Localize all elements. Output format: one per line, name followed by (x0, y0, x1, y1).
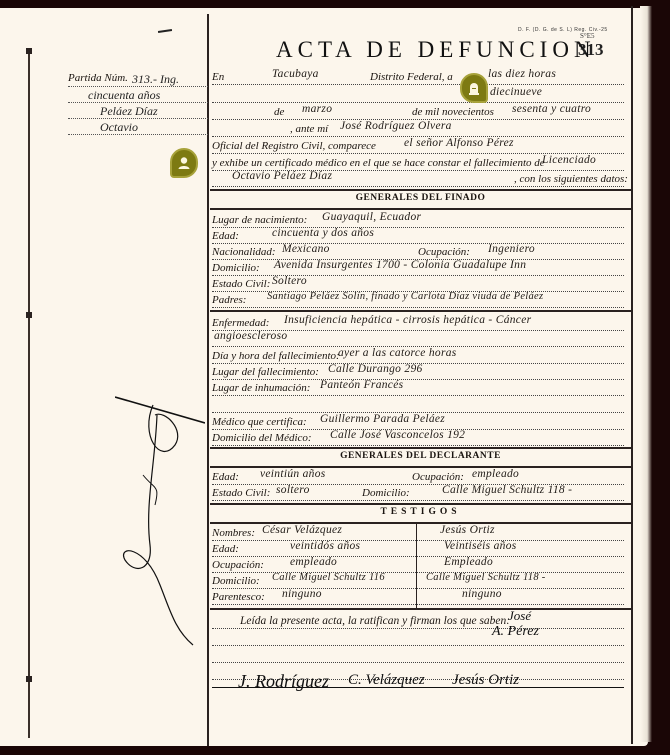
row-deceased: Octavio Peláez Díaz , con los siguientes… (212, 172, 624, 187)
value-witness2-ocupacion: Empleado (444, 555, 493, 569)
value-witness2-edad: Veintiséis años (444, 539, 517, 553)
label-oficial: Oficial del Registro Civil, comparece (212, 139, 376, 153)
value-lugar-fallecimiento: Calle Durango 296 (328, 362, 423, 376)
label-mil: de mil novecientos (412, 105, 494, 119)
signature-witness1: C. Velázquez (348, 672, 425, 689)
closing-statement: Leída la presente acta, la ratifican y f… (240, 614, 510, 628)
section-title-finado: GENERALES DEL FINADO (210, 193, 631, 203)
margin-rule-tick (26, 312, 32, 318)
value-witness1-ocupacion: empleado (290, 555, 337, 569)
label-testigos-edad: Edad: (212, 542, 239, 556)
label-enfermedad: Enfermedad: (212, 316, 269, 330)
partida-line: Peláez Díaz (100, 104, 158, 119)
value-witness2-nombre: Jesús Ortiz (440, 523, 495, 537)
section-rule (210, 447, 631, 449)
section-rule (210, 608, 631, 610)
value-ante: José Rodríguez Olvera (340, 119, 452, 133)
label-declarante-domicilio: Domicilio: (362, 486, 410, 500)
row-edad: Edad: cincuenta y dos años (212, 229, 624, 244)
row-month: de marzo de mil novecientos sesenta y cu… (212, 105, 624, 120)
signature-official: A. Pérez (492, 625, 539, 639)
row-blank (212, 398, 624, 413)
value-witness1-parentesco: ninguno (282, 587, 322, 601)
label-domicilio: Domicilio: (212, 261, 260, 275)
row-lugar-fallecimiento: Lugar del fallecimiento: Calle Durango 2… (212, 365, 624, 380)
partida-label: Partida Núm. (68, 72, 128, 84)
section-rule (210, 189, 631, 191)
row-declarante-estado: Estado Civil: soltero Domicilio: Calle M… (212, 486, 624, 501)
section-rule (210, 503, 631, 505)
label-testigos-ocupacion: Ocupación: (212, 558, 264, 572)
label-domicilio-medico: Domicilio del Médico: (212, 431, 312, 445)
value-en: Tacubaya (272, 67, 319, 81)
value-edad: cincuenta y dos años (272, 226, 374, 240)
label-lugar-inhumacion: Lugar de inhumación: (212, 381, 310, 395)
value-distrito: las diez horas (488, 67, 556, 81)
label-lugar-fallecimiento: Lugar del fallecimiento: (212, 365, 319, 379)
label-nacionalidad: Nacionalidad: (212, 245, 276, 259)
row-padres: Padres: Santiago Peláez Solín, finado y … (212, 293, 624, 308)
value-witness1-domicilio: Calle Miguel Schultz 116 (272, 571, 385, 585)
grave-icon (466, 80, 482, 96)
partida-annotation: Partida Núm. 313.- Ing. cincuenta años P… (68, 72, 208, 136)
label-testigos-domicilio: Domicilio: (212, 574, 260, 588)
label-ocupacion: Ocupación: (418, 245, 470, 259)
value-witness1-nombre: César Velázquez (262, 523, 342, 537)
margin-signature (115, 395, 205, 655)
section-rule (210, 310, 631, 312)
value-ocupacion: Ingeniero (488, 242, 535, 256)
label-declarante-ocupacion: Ocupación: (412, 470, 464, 484)
row-testigos-nombres: Nombres: César Velázquez Jesús Ortiz (212, 526, 624, 541)
label-siguientes: , con los siguientes datos: (514, 172, 628, 186)
value-lugar-nacimiento: Guayaquil, Ecuador (322, 210, 421, 224)
row-en: En Tacubaya Distrito Federal, a las diez… (212, 70, 624, 85)
form-border-right (631, 6, 633, 744)
row-testigos-edad: Edad: veintidós años Veintiséis años (212, 542, 624, 557)
value-year: sesenta y cuatro (512, 102, 591, 116)
value-month: marzo (302, 102, 332, 116)
row-oficial: Oficial del Registro Civil, comparece el… (212, 139, 624, 154)
value-nacionalidad: Mexicano (282, 242, 330, 256)
label-lugar-nacimiento: Lugar de nacimiento: (212, 213, 307, 227)
label-ante: , ante mí (290, 122, 328, 136)
signature-declarante: José (508, 609, 531, 623)
value-witness2-parentesco: ninguno (462, 587, 502, 601)
row-signature-line (212, 648, 624, 663)
label-certificado: y exhibe un certificado médico en el que… (212, 156, 545, 170)
row-signature-line: A. Pérez (212, 631, 624, 646)
person-badge[interactable] (170, 148, 198, 178)
partida-line: Octavio (100, 120, 138, 135)
value-declarante-domicilio: Calle Miguel Schultz 118 - (442, 483, 572, 497)
row-date-line: diecinueve (212, 88, 624, 103)
value-enfermedad-cont: angioescleroso (214, 329, 287, 343)
value-oficial: el señor Alfonso Pérez (404, 136, 514, 150)
row-testigos-domicilio: Domicilio: Calle Miguel Schultz 116 Call… (212, 574, 624, 589)
label-nombres: Nombres: (212, 526, 255, 540)
value-declarante-ocupacion: empleado (472, 467, 519, 481)
label-padres: Padres: (212, 293, 246, 307)
value-padres: Santiago Peláez Solín, finado y Carlota … (267, 290, 543, 304)
row-enfermedad-cont: angioescleroso (212, 332, 624, 347)
document-title: ACTA DE DEFUNCION (276, 37, 596, 63)
value-dia-hora: ayer a las catorce horas (338, 346, 457, 360)
section-title-declarante: GENERALES DEL DECLARANTE (210, 451, 631, 461)
label-dia-hora: Día y hora del fallecimiento: (212, 349, 340, 363)
value-lugar-inhumacion: Panteón Francés (320, 378, 403, 392)
value-certificado: Licenciado (542, 153, 596, 167)
value-deceased: Octavio Peláez Díaz (232, 169, 332, 183)
label-distrito: Distrito Federal, a (370, 70, 453, 84)
row-ante: , ante mí José Rodríguez Olvera (212, 122, 624, 137)
value-medico: Guillermo Parada Peláez (320, 412, 445, 426)
value-declarante-estado: soltero (276, 483, 310, 497)
value-enfermedad: Insuficiencia hepática - cirrosis hepáti… (284, 313, 531, 327)
partida-line: cincuenta años (88, 88, 160, 103)
row-closing: Leída la presente acta, la ratifican y f… (212, 614, 624, 629)
signature-witness2: Jesús Ortiz (452, 672, 519, 689)
partida-value: 313.- Ing. (132, 72, 179, 87)
row-testigos-parentesco: Parentesco: ninguno ninguno (212, 590, 624, 605)
value-estado-civil: Soltero (272, 274, 307, 288)
margin-rule (28, 48, 30, 738)
label-medico: Médico que certifica: (212, 415, 307, 429)
page-edge (640, 6, 652, 742)
row-lugar-inhumacion: Lugar de inhumación: Panteón Francés (212, 381, 624, 396)
label-parentesco: Parentesco: (212, 590, 265, 604)
value-declarante-edad: veintiún años (260, 467, 326, 481)
act-number-superscript: S°E5 (580, 32, 594, 40)
label-estado-civil: Estado Civil: (212, 277, 270, 291)
margin-rule-tick (26, 676, 32, 682)
value-domicilio-medico: Calle José Vasconcelos 192 (330, 428, 465, 442)
label-en: En (212, 70, 224, 84)
margin-rule-tick (26, 48, 32, 54)
grave-badge[interactable] (460, 73, 488, 103)
act-number: 313 (578, 40, 604, 60)
value-witness1-edad: veintidós años (290, 539, 360, 553)
value-day: diecinueve (490, 85, 542, 99)
value-witness2-domicilio: Calle Miguel Schultz 118 - (426, 571, 546, 585)
label-declarante-estado: Estado Civil: (212, 486, 270, 500)
label-declarante-edad: Edad: (212, 470, 239, 484)
row-domicilio-medico: Domicilio del Médico: Calle José Vasconc… (212, 431, 624, 446)
value-domicilio: Avenida Insurgentes 1700 - Colonia Guada… (274, 258, 526, 272)
signature-witness: J. Rodríguez (238, 671, 329, 692)
label-edad: Edad: (212, 229, 239, 243)
section-title-testigos: TESTIGOS (210, 507, 631, 517)
label-de: de (274, 105, 284, 119)
person-icon (176, 155, 192, 171)
